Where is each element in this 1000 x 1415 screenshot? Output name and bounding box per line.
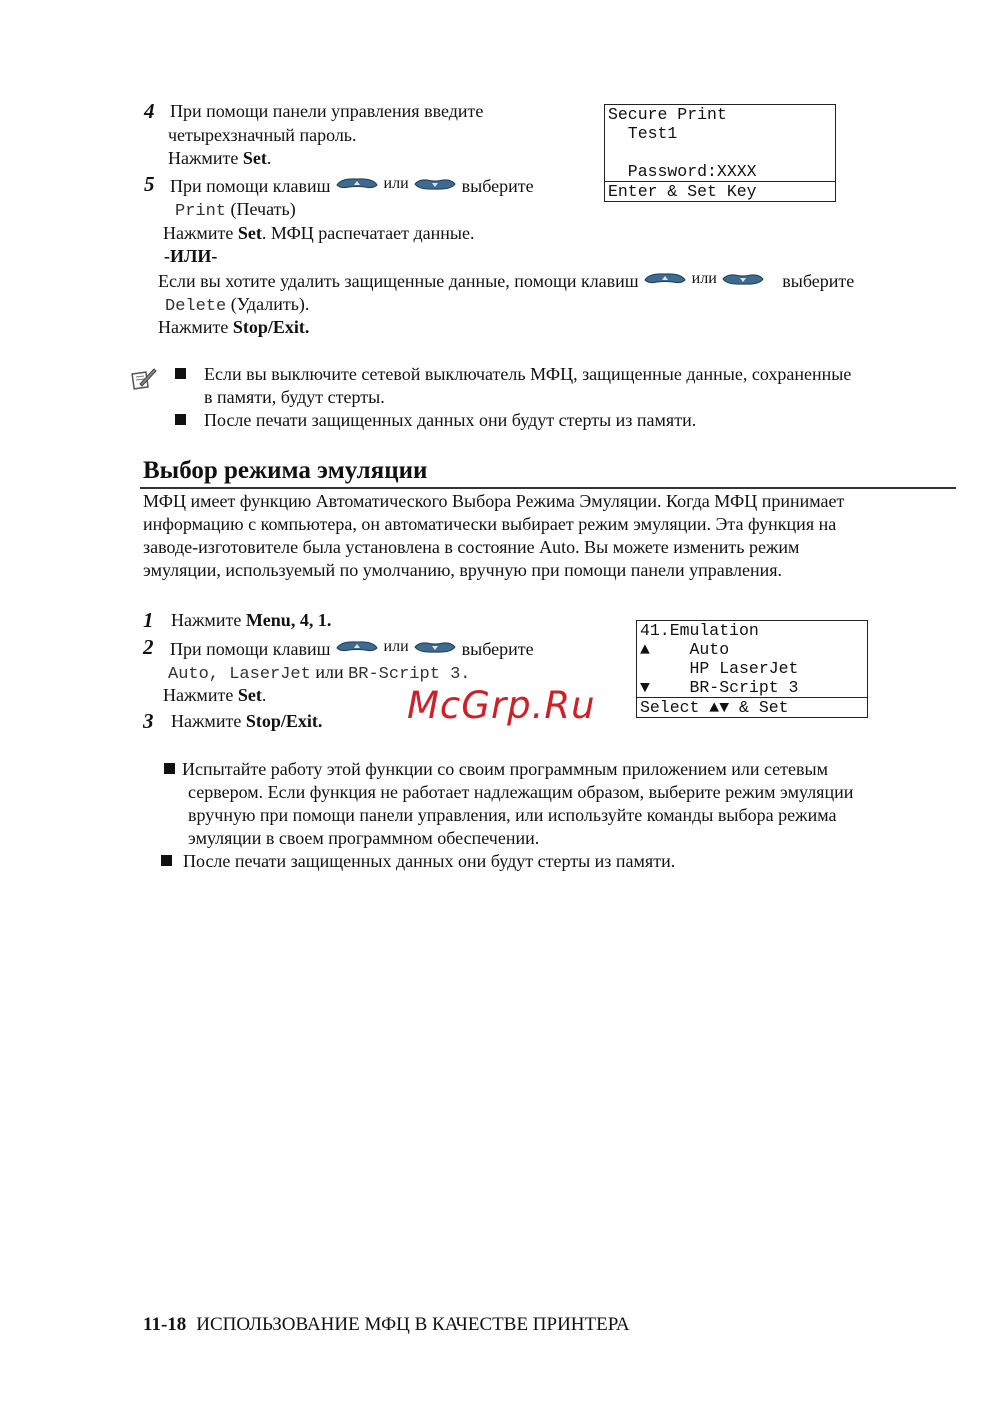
step-number: 1 — [143, 609, 154, 631]
bold-text: Stop/Exit. — [246, 711, 323, 731]
step-press-stop: Нажмите Stop/Exit. — [158, 316, 309, 338]
text: Если вы хотите удалить защищенные данные… — [158, 271, 639, 291]
lcd-line: Test1 — [605, 124, 835, 143]
emulation-options: Auto, LaserJet или BR-Script 3. — [168, 661, 471, 686]
text: Нажмите — [163, 223, 238, 243]
bold-text: Set — [238, 685, 262, 705]
text: Нажмите — [168, 148, 243, 168]
text: Нажмите — [171, 610, 246, 630]
section-divider — [140, 487, 956, 489]
step-number: 2 — [143, 636, 154, 658]
paragraph-line: МФЦ имеет функцию Автоматического Выбора… — [143, 490, 844, 512]
page-footer: 11-18ИСПОЛЬЗОВАНИЕ МФЦ В КАЧЕСТВЕ ПРИНТЕ… — [143, 1314, 630, 1336]
option-delete: Delete (Удалить). — [165, 293, 309, 318]
note-item: Если вы выключите сетевой выключатель МФ… — [175, 363, 851, 385]
step-text: Нажмите Menu, 4, 1. — [171, 609, 331, 631]
up-key-icon — [643, 271, 687, 285]
step-text: При помощи панели управления введите — [170, 100, 483, 122]
step-number: 5 — [144, 173, 155, 195]
bold-text: Stop/Exit. — [233, 317, 310, 337]
text: выберите — [462, 176, 534, 196]
step-text: четырехзначный пароль. — [168, 124, 357, 146]
step-press-set: Нажмите Set. МФЦ распечатает данные. — [163, 222, 474, 244]
paragraph-line: информацию с компьютера, он автоматическ… — [143, 513, 836, 535]
lcd-line: Password:XXXX — [605, 162, 835, 181]
paragraph-line: эмуляции, используемый по умолчанию, вру… — [143, 559, 782, 581]
bullet-icon — [175, 368, 186, 379]
up-key-icon — [335, 639, 379, 653]
tip-item: Испытайте работу этой функции со своим п… — [164, 758, 828, 780]
mono-text: BR-Script 3. — [348, 665, 470, 684]
text: Если вы выключите сетевой выключатель МФ… — [204, 364, 851, 384]
text: Испытайте работу этой функции со своим п… — [182, 759, 828, 779]
text: Нажмите — [158, 317, 233, 337]
lcd-line — [605, 143, 835, 162]
lcd-emulation: 41.Emulation ▲ Auto HP LaserJet ▼ BR-Scr… — [636, 620, 868, 718]
bullet-icon — [161, 855, 172, 866]
chapter-title: ИСПОЛЬЗОВАНИЕ МФЦ В КАЧЕСТВЕ ПРИНТЕРА — [196, 1314, 629, 1335]
lcd-footer: Enter & Set Key — [605, 181, 835, 201]
text: или — [311, 662, 348, 682]
delete-instruction: Если вы хотите удалить защищенные данные… — [158, 268, 854, 292]
option-print: Print (Печать) — [175, 198, 296, 223]
step-press-set: Нажмите Set. — [168, 147, 271, 169]
bold-text: Menu, 4, 1. — [246, 610, 332, 630]
text: или — [384, 638, 409, 655]
down-key-icon — [721, 271, 765, 285]
bullet-icon — [175, 414, 186, 425]
step-text: При помощи клавиш или выберите — [170, 636, 534, 660]
text: выберите — [462, 639, 534, 659]
step-press-set: Нажмите Set. — [163, 684, 266, 706]
tip-item-cont: эмуляции в своем программном обеспечении… — [188, 827, 539, 849]
lcd-line: ▼ BR-Script 3 — [637, 678, 867, 697]
step-text: Нажмите Stop/Exit. — [171, 710, 322, 732]
down-key-icon — [413, 639, 457, 653]
page-number: 11-18 — [143, 1314, 186, 1335]
mono-text: Auto, LaserJet — [168, 665, 311, 684]
note-item-cont: в памяти, будут стерты. — [204, 386, 385, 408]
text: Нажмите — [163, 685, 238, 705]
text: . — [267, 148, 272, 168]
text: После печати защищенных данных они будут… — [204, 410, 696, 430]
text: После печати защищенных данных они будут… — [183, 851, 675, 871]
bullet-icon — [164, 763, 175, 774]
tip-item: После печати защищенных данных они будут… — [161, 850, 675, 872]
tip-item-cont: сервером. Если функция не работает надле… — [188, 781, 853, 803]
text: или — [692, 270, 717, 287]
text: или — [384, 175, 409, 192]
tip-item-cont: вручную при помощи панели управления, ил… — [188, 804, 836, 826]
lcd-line: ▲ Auto — [637, 640, 867, 659]
down-key-icon — [413, 176, 457, 190]
up-key-icon — [335, 176, 379, 190]
lcd-secure-print: Secure Print Test1 Password:XXXX Enter &… — [604, 104, 836, 202]
text: (Печать) — [226, 199, 296, 219]
text: . МФЦ распечатает данные. — [262, 223, 475, 243]
step-number: 4 — [144, 100, 155, 122]
text: (Удалить). — [226, 294, 309, 314]
note-item: После печати защищенных данных они будут… — [175, 409, 696, 431]
step-text: При помощи клавиш или выберите — [170, 173, 534, 197]
note-pencil-icon — [130, 366, 158, 397]
text: выберите — [782, 271, 854, 291]
lcd-line: 41.Emulation — [637, 621, 867, 640]
lcd-footer: Select ▲▼ & Set — [637, 697, 867, 717]
bold-text: Set — [238, 223, 262, 243]
mono-text: Print — [175, 202, 226, 221]
text: . — [262, 685, 267, 705]
step-number: 3 — [143, 710, 154, 732]
bold-text: Set — [243, 148, 267, 168]
mono-text: Delete — [165, 297, 226, 316]
lcd-line: HP LaserJet — [637, 659, 867, 678]
paragraph-line: заводе-изготовителе была установлена в с… — [143, 536, 799, 558]
text: При помощи клавиш — [170, 176, 331, 196]
text: При помощи клавиш — [170, 639, 331, 659]
watermark: McGrp.Ru — [407, 684, 596, 727]
section-title: Выбор режима эмуляции — [143, 456, 427, 486]
lcd-line: Secure Print — [605, 105, 835, 124]
or-separator: -ИЛИ- — [164, 245, 217, 267]
text: Нажмите — [171, 711, 246, 731]
